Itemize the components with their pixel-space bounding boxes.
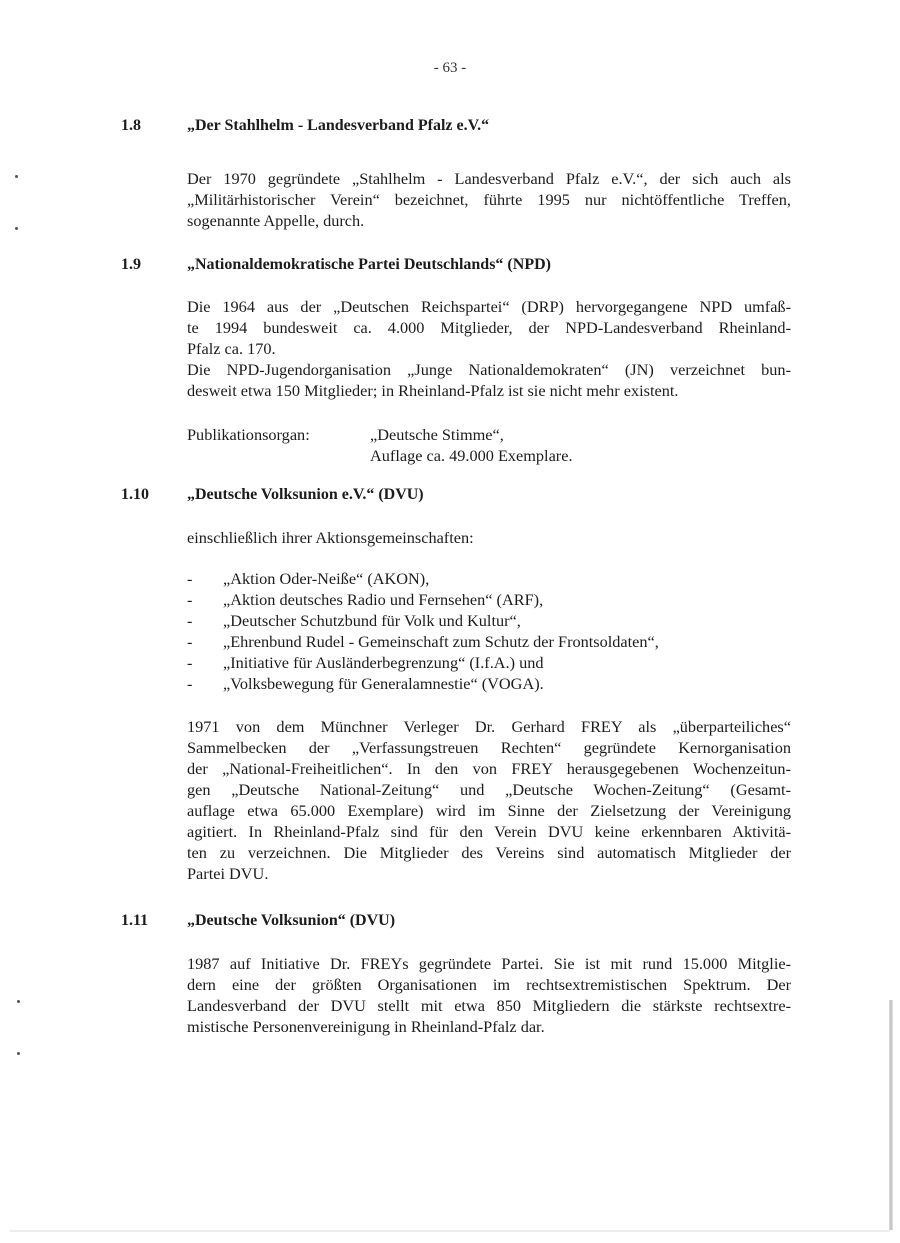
- list-item: -„Aktion deutsches Radio und Fernsehen“ …: [187, 589, 659, 610]
- section-title-1-8: „Der Stahlhelm - Landesverband Pfalz e.V…: [187, 117, 489, 135]
- text-line: sogenannte Appelle, durch.: [187, 210, 791, 231]
- list-marker: -: [187, 568, 223, 589]
- list-marker: -: [187, 589, 223, 610]
- scan-page-edge: [889, 1000, 893, 1230]
- list-marker: -: [187, 610, 223, 631]
- page-number: - 63 -: [0, 60, 900, 77]
- text-line: desweit etwa 150 Mitglieder; in Rheinlan…: [187, 380, 791, 401]
- list-item: -„Deutscher Schutzbund für Volk und Kult…: [187, 610, 659, 631]
- section-title-1-10: „Deutsche Volksunion e.V.“ (DVU): [187, 486, 424, 504]
- list-item: -„Aktion Oder-Neiße“ (AKON),: [187, 568, 659, 589]
- section-number-1-8: 1.8: [121, 117, 141, 135]
- text-line: der „National-Freiheitlichen“. In den vo…: [187, 758, 791, 779]
- scan-dot-mark: [15, 227, 18, 230]
- list-marker: -: [187, 631, 223, 652]
- scan-dot-mark: [17, 1052, 20, 1055]
- text-line: Die 1964 aus der „Deutschen Reichspartei…: [187, 296, 791, 317]
- list-item: -„Volksbewegung für Generalamnestie“ (VO…: [187, 673, 659, 694]
- text-line: te 1994 bundesweit ca. 4.000 Mitglieder,…: [187, 317, 791, 338]
- publication-circulation: Auflage ca. 49.000 Exemplare.: [370, 445, 573, 466]
- text-line: Landesverband der DVU stellt mit etwa 85…: [187, 995, 791, 1016]
- text-line: ten zu verzeichnen. Die Mitglieder des V…: [187, 842, 791, 863]
- text-line: Der 1970 gegründete „Stahlhelm - Landesv…: [187, 168, 791, 189]
- section-1-10-intro: einschließlich ihrer Aktionsgemeinschaft…: [187, 527, 474, 548]
- text-line: Pfalz ca. 170.: [187, 338, 791, 359]
- section-number-1-10: 1.10: [121, 486, 149, 504]
- section-title-1-11: „Deutsche Volksunion“ (DVU): [187, 912, 395, 930]
- scan-dot-mark: [17, 1000, 20, 1003]
- section-1-10-paragraph: 1971 von dem Münchner Verleger Dr. Gerha…: [187, 716, 791, 884]
- publication-label: Publikationsorgan:: [187, 424, 310, 445]
- text-line: agitiert. In Rheinland-Pfalz sind für de…: [187, 821, 791, 842]
- section-title-1-9: „Nationaldemokratische Partei Deutschlan…: [187, 256, 551, 274]
- action-groups-list: -„Aktion Oder-Neiße“ (AKON), -„Aktion de…: [187, 568, 659, 694]
- text-line: „Militärhistorischer Verein“ bezeichnet,…: [187, 189, 791, 210]
- text-line: 1987 auf Initiative Dr. FREYs gegründete…: [187, 953, 791, 974]
- text-line: gen „Deutsche National-Zeitung“ und „Deu…: [187, 779, 791, 800]
- text-line: Partei DVU.: [187, 863, 791, 884]
- section-number-1-9: 1.9: [121, 256, 141, 274]
- section-1-9-paragraph: Die 1964 aus der „Deutschen Reichspartei…: [187, 296, 791, 401]
- text-line: auflage etwa 65.000 Exemplare) wird im S…: [187, 800, 791, 821]
- list-marker: -: [187, 673, 223, 694]
- list-item: -„Initiative für Ausländerbegrenzung“ (I…: [187, 652, 659, 673]
- section-1-11-paragraph: 1987 auf Initiative Dr. FREYs gegründete…: [187, 953, 791, 1037]
- section-number-1-11: 1.11: [121, 912, 148, 930]
- publication-name: „Deutsche Stimme“,: [370, 424, 504, 445]
- scan-page-edge-bottom: [10, 1230, 890, 1232]
- text-line: dern eine der größten Organisationen im …: [187, 974, 791, 995]
- text-line: Die NPD-Jugendorganisation „Junge Nation…: [187, 359, 791, 380]
- text-line: Sammelbecken der „Verfassungstreuen Rech…: [187, 737, 791, 758]
- list-marker: -: [187, 652, 223, 673]
- section-1-8-paragraph: Der 1970 gegründete „Stahlhelm - Landesv…: [187, 168, 791, 231]
- text-line: mistische Personenvereinigung in Rheinla…: [187, 1016, 791, 1037]
- list-item: -„Ehrenbund Rudel - Gemeinschaft zum Sch…: [187, 631, 659, 652]
- scan-dot-mark: [15, 175, 18, 178]
- text-line: 1971 von dem Münchner Verleger Dr. Gerha…: [187, 716, 791, 737]
